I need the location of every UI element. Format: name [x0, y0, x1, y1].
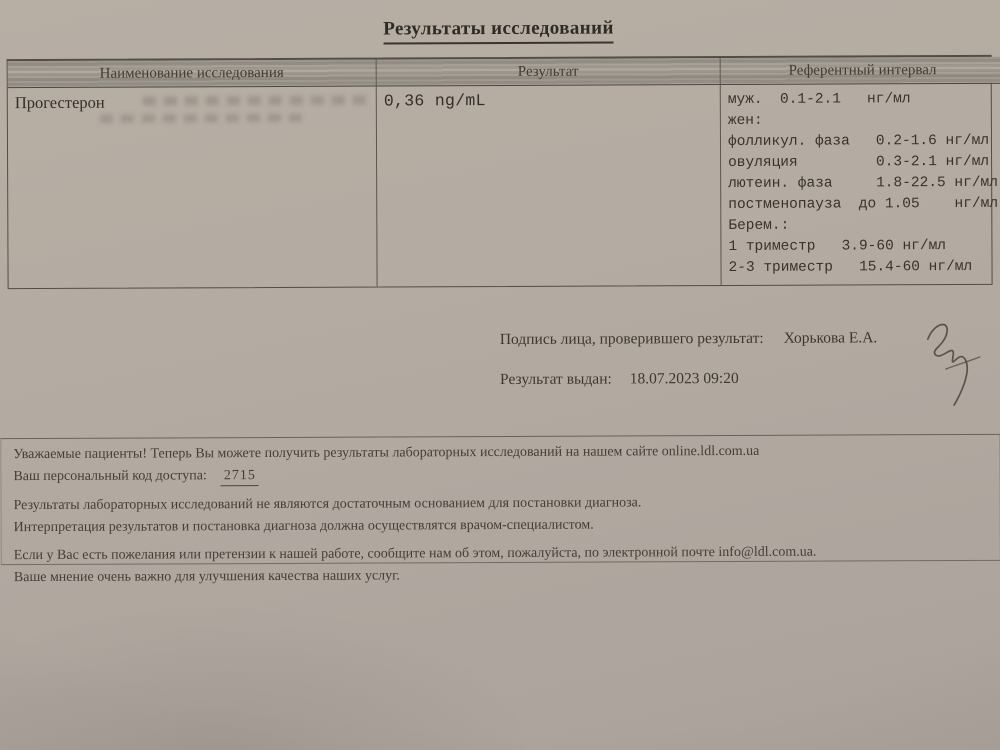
feedback-line: Ваше мнение очень важно для улучшения ка… — [14, 563, 988, 587]
table-header-result: Результат — [376, 58, 720, 87]
handwritten-signature-icon — [920, 317, 998, 409]
issued-label: Результат выдан: — [500, 371, 612, 389]
feedback-line: Если у Вас есть пожелания или претензии … — [14, 542, 988, 566]
disclaimer-line: Результаты лабораторных исследований не … — [14, 492, 988, 516]
disclaimer-line: Интерпретация результатов и постановка д… — [14, 513, 988, 537]
reference-line: постменопауза до 1.05 нг/мл — [728, 194, 998, 216]
issued-row: Результат выдан: 18.07.2023 09:20 — [500, 369, 877, 389]
notice-line: Уважаемые пациенты! Теперь Вы можете пол… — [13, 441, 987, 465]
reference-line: овуляция 0.3-2.1 нг/мл — [728, 152, 998, 174]
cell-test-result: 0,36 ng/mL — [376, 85, 721, 286]
table-header-reference: Референтный интервал — [720, 57, 1000, 85]
show-through-smudge — [143, 96, 373, 106]
reference-line: лютеин. фаза 1.8-22.5 нг/мл — [728, 173, 998, 195]
patient-notice-box: Уважаемые пациенты! Теперь Вы можете пол… — [0, 434, 1000, 565]
reference-line: фолликул. фаза 0.2-1.6 нг/мл — [728, 131, 998, 153]
issued-value: 18.07.2023 09:20 — [630, 370, 739, 388]
paper-sheet: Результаты исследований Наименование исс… — [0, 0, 1000, 750]
page-title: Результаты исследований — [383, 18, 614, 45]
reference-line: Берем.: — [728, 215, 998, 237]
reference-line: муж. 0.1-2.1 нг/мл — [728, 89, 998, 111]
test-name: Прогестерон — [15, 93, 105, 112]
signature-row: Подпись лица, проверившего результат: Хо… — [500, 329, 877, 349]
signature-name: Хорькова Е.А. — [784, 329, 878, 347]
access-code-value: 2715 — [221, 466, 259, 487]
cell-reference-interval: муж. 0.1-2.1 нг/мл жен: фолликул. фаза 0… — [720, 84, 1000, 285]
reference-line: жен: — [728, 110, 998, 132]
table-header-name: Наименование исследования — [8, 60, 376, 89]
cell-test-name: Прогестерон — [8, 87, 377, 289]
show-through-smudge — [100, 114, 305, 123]
access-code-label: Ваш персональный код доступа: — [13, 466, 206, 486]
document-photo: Результаты исследований Наименование исс… — [0, 0, 1000, 750]
test-result: 0,36 ng/mL — [384, 91, 486, 110]
reference-line: 2-3 триместр 15.4-60 нг/мл — [728, 257, 998, 279]
access-code-row: Ваш персональный код доступа: 2715 — [13, 462, 987, 487]
signature-label: Подпись лица, проверившего результат: — [500, 330, 764, 349]
title-row: Результаты исследований — [0, 16, 999, 46]
results-table: Наименование исследования Результат Рефе… — [7, 55, 993, 289]
reference-line: 1 триместр 3.9-60 нг/мл — [728, 236, 998, 258]
signature-block: Подпись лица, проверившего результат: Хо… — [500, 329, 878, 389]
